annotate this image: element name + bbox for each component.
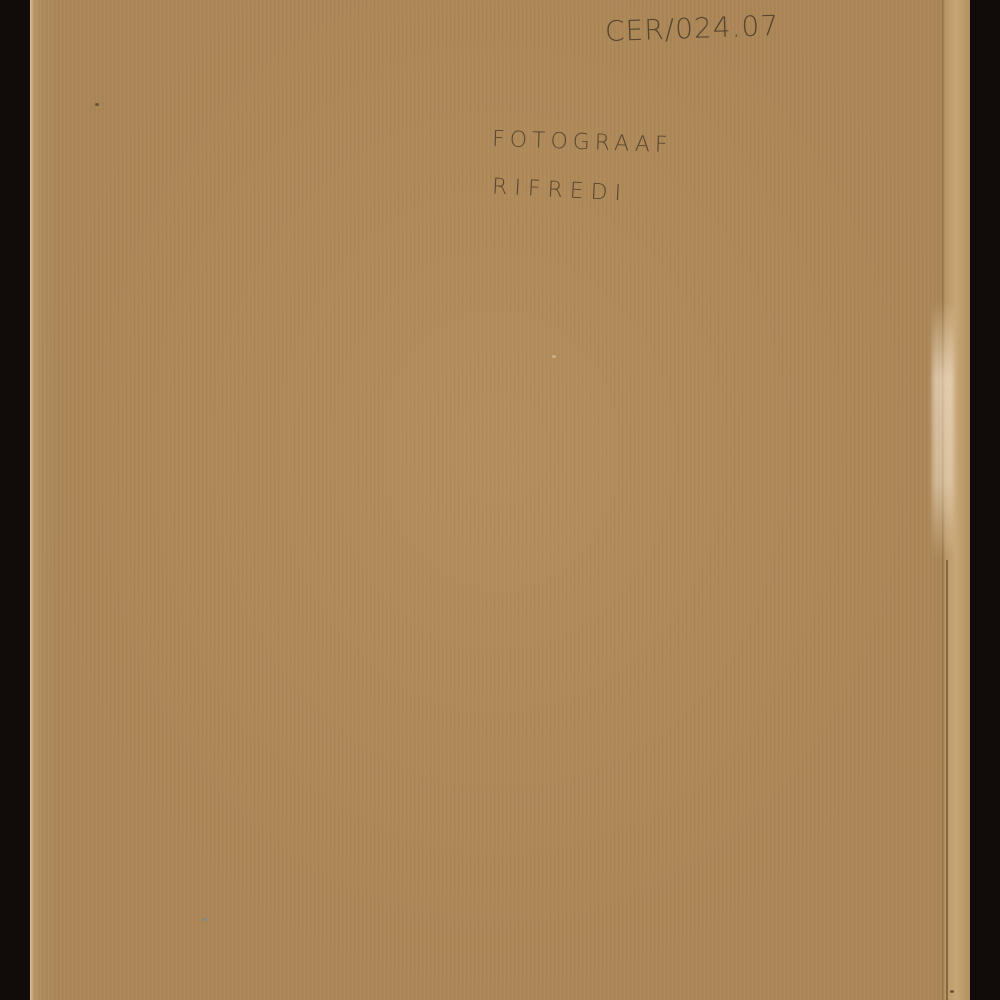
- paper-speck: [950, 990, 954, 993]
- fold-crease: [946, 560, 948, 1000]
- paper-left-edge: [30, 0, 34, 1000]
- paper-speck: [95, 103, 99, 106]
- paper-speck: [203, 918, 207, 921]
- glossy-sheen: [932, 300, 954, 560]
- reference-code: CER/024.07: [604, 9, 779, 48]
- paper-speck: [552, 355, 556, 358]
